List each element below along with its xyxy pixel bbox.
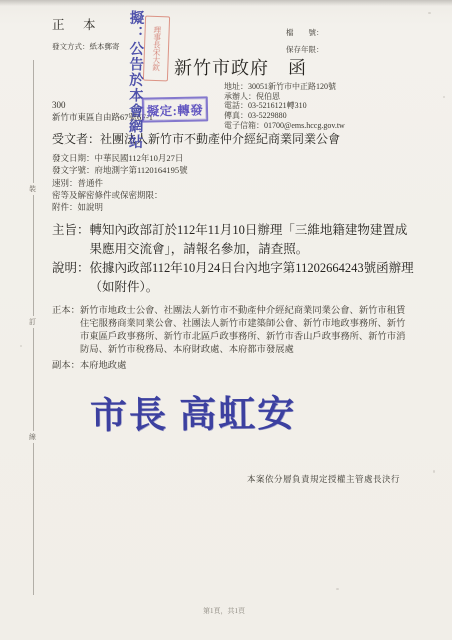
scan-edge-shadow <box>0 0 452 6</box>
binding-mark-xian: 線 <box>29 431 36 443</box>
copies-line-1: 新竹市地政士公會、社團法人新竹市不動產仲介經紀商業同業公會、新竹市租賃 <box>80 306 405 316</box>
copies-label: 正本： <box>52 306 80 316</box>
original-recipients-section: 正本：新竹市地政士公會、社團法人新竹市不動產仲介經紀商業同業公會、新竹市租賃 住… <box>52 305 440 357</box>
subject-section: 主旨：轉知內政部訂於112年11月10日辦理「三維地籍建物建置成 果應用交流會」… <box>52 221 428 259</box>
scan-speckle <box>428 12 431 14</box>
subject-line-1: 轉知內政部訂於112年11月10日辦理「三維地籍建物建置成 <box>90 223 408 237</box>
binding-mark-zhuang: 裝 <box>29 183 36 195</box>
contact-person: 承辦人：倪伯恩 <box>224 92 345 102</box>
description-label: 說明： <box>52 261 90 275</box>
handwritten-note-stamp: 擬：公告於本會網站 <box>124 10 146 162</box>
red-seal-stamp: 理事長宋大欽 <box>143 16 170 82</box>
scan-speckle <box>443 96 445 98</box>
document-title: 新竹市政府 函 <box>174 54 307 80</box>
delivery-method-label: 發文方式：紙本郵寄 <box>52 41 120 52</box>
subject-line-2: 果應用交流會」，請報名參加，請查照。 <box>90 240 429 259</box>
approval-stamp: 擬定:轉發 <box>142 96 209 122</box>
file-reference-block: 檔 號： 保存年限： <box>286 24 324 58</box>
speed-class: 速別：普通件 <box>52 177 188 189</box>
cc-recipients-line: 副本：本府地政處 <box>52 357 126 371</box>
contact-fax: 傳真：03-5229880 <box>224 111 345 121</box>
description-line-1: 依據內政部112年10月24日台內地字第11202664243號函辦理 <box>90 261 414 275</box>
contact-phone: 電話：03-5216121轉310 <box>224 101 345 111</box>
approval-stamp-text: 擬定:轉發 <box>146 100 203 119</box>
scanned-official-letter: 正 本 發文方式：紙本郵寄 檔 號： 保存年限： 新竹市政府 函 地址：3005… <box>0 0 452 640</box>
subject-label: 主旨： <box>52 223 90 237</box>
page-number-footer: 第1頁，共1頁 <box>203 606 245 616</box>
copies-line-4: 防局、新竹市稅務局、本府財政處、本府都市發展處 <box>80 344 440 357</box>
scan-speckle <box>336 588 339 590</box>
security-class: 密等及解密條件或保密期限： <box>52 189 188 201</box>
copy-type-label: 正 本 <box>52 15 99 33</box>
description-section: 說明：依據內政部112年10月24日台內地字第11202664243號函辦理 （… <box>52 259 428 297</box>
scan-speckle <box>20 345 22 347</box>
red-seal-text: 理事長宋大欽 <box>152 26 161 71</box>
description-line-2: （如附件）。 <box>90 278 429 297</box>
agency-contact-block: 地址：30051新竹市中正路120號 承辦人：倪伯恩 電話：03-5216121… <box>224 82 345 131</box>
dispatch-meta-block: 發文日期：中華民國112年10月27日 發文字號：府地測字第1120164195… <box>52 152 188 213</box>
copies-line-2: 住宅服務商業同業公會、社團法人新竹市建築師公會、新竹市地政事務所、新竹 <box>80 318 440 331</box>
attachment-note: 附件：如說明 <box>52 201 188 213</box>
mayor-signature: 市長 高虹安 <box>90 383 297 439</box>
scan-speckle <box>433 470 435 473</box>
binding-mark-ding: 訂 <box>29 316 36 328</box>
recipient-zip-code: 300 <box>52 100 66 110</box>
copies-line-3: 市東區戶政事務所、新竹市北區戶政事務所、新竹市香山戶政事務所、新竹市消 <box>80 331 440 344</box>
dispatch-number: 發文字號：府地測字第1120164195號 <box>52 164 188 176</box>
file-number-label: 檔 號： <box>286 24 324 41</box>
authorization-note: 本案依分層負責規定授權主管處長決行 <box>247 473 400 485</box>
agency-address: 地址：30051新竹市中正路120號 <box>224 82 345 92</box>
recipient-line: 受文者：社團法人新竹市不動產仲介經紀商業同業公會 <box>52 130 340 147</box>
dispatch-date: 發文日期：中華民國112年10月27日 <box>52 152 188 164</box>
